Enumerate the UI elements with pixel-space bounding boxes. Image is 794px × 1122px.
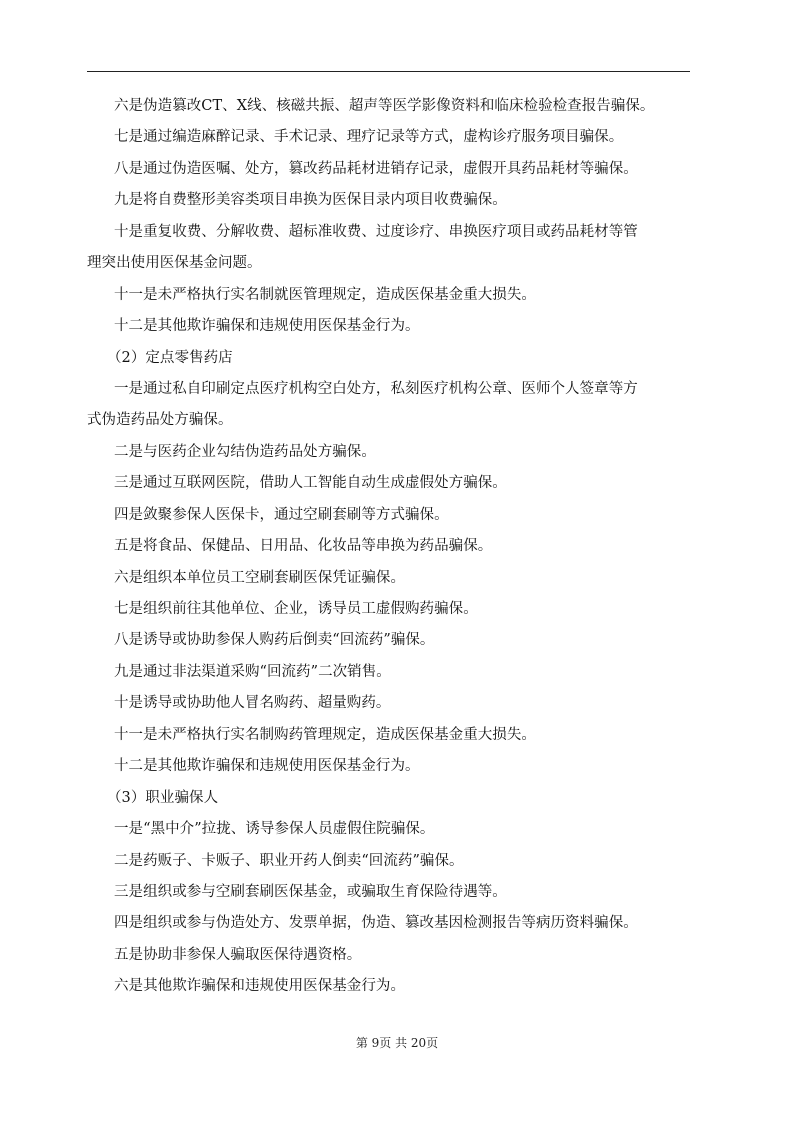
paragraph-line: 三是通过互联网医院，借助人工智能自动生成虚假处方骗保。 <box>87 468 692 499</box>
paragraph-line: 九是将自费整形美容类项目串换为医保目录内项目收费骗保。 <box>87 185 692 216</box>
paragraph-line: 十一是未严格执行实名制购药管理规定，造成医保基金重大损失。 <box>87 720 692 751</box>
paragraph-line: 四是敛聚参保人医保卡，通过空刷套刷等方式骗保。 <box>87 500 692 531</box>
paragraph-line: 六是伪造篡改CT、X线、核磁共振、超声等医学影像资料和临床检验检查报告骗保。 <box>87 91 692 122</box>
header-rule <box>87 71 690 72</box>
paragraph-line: 八是通过伪造医嘱、处方，篡改药品耗材进销存记录，虚假开具药品耗材等骗保。 <box>87 154 692 185</box>
paragraph-line: 三是组织或参与空刷套刷医保基金，或骗取生育保险待遇等。 <box>87 877 692 908</box>
paragraph-line: 一是通过私自印刷定点医疗机构空白处方，私刻医疗机构公章、医师个人签章等方 <box>87 374 692 405</box>
section-subheading: （2）定点零售药店 <box>87 343 692 374</box>
paragraph-line: 十二是其他欺诈骗保和违规使用医保基金行为。 <box>87 311 692 342</box>
document-body: 六是伪造篡改CT、X线、核磁共振、超声等医学影像资料和临床检验检查报告骗保。 七… <box>87 91 692 1003</box>
paragraph-line: 五是协助非参保人骗取医保待遇资格。 <box>87 940 692 971</box>
paragraph-line: 十一是未严格执行实名制就医管理规定，造成医保基金重大损失。 <box>87 280 692 311</box>
paragraph-line: 七是通过编造麻醉记录、手术记录、理疗记录等方式，虚构诊疗服务项目骗保。 <box>87 122 692 153</box>
section-subheading: （3）职业骗保人 <box>87 783 692 814</box>
paragraph-line: 十二是其他欺诈骗保和违规使用医保基金行为。 <box>87 751 692 782</box>
paragraph-line: 二是药贩子、卡贩子、职业开药人倒卖“回流药”骗保。 <box>87 846 692 877</box>
paragraph-line: 六是其他欺诈骗保和违规使用医保基金行为。 <box>87 971 692 1002</box>
paragraph-line: 七是组织前往其他单位、企业，诱导员工虚假购药骗保。 <box>87 594 692 625</box>
paragraph-line: 八是诱导或协助参保人购药后倒卖“回流药”骗保。 <box>87 625 692 656</box>
paragraph-line: 十是重复收费、分解收费、超标准收费、过度诊疗、串换医疗项目或药品耗材等管 <box>87 217 692 248</box>
paragraph-line: 十是诱导或协助他人冒名购药、超量购药。 <box>87 688 692 719</box>
paragraph-line: 九是通过非法渠道采购“回流药”二次销售。 <box>87 657 692 688</box>
paragraph-continuation-line: 式伪造药品处方骗保。 <box>87 405 692 436</box>
paragraph-continuation-line: 理突出使用医保基金问题。 <box>87 248 692 279</box>
paragraph-line: 五是将食品、保健品、日用品、化妆品等串换为药品骗保。 <box>87 531 692 562</box>
paragraph-line: 四是组织或参与伪造处方、发票单据，伪造、篡改基因检测报告等病历资料骗保。 <box>87 908 692 939</box>
paragraph-line: 六是组织本单位员工空刷套刷医保凭证骗保。 <box>87 563 692 594</box>
paragraph-line: 二是与医药企业勾结伪造药品处方骗保。 <box>87 437 692 468</box>
paragraph-line: 一是“黑中介”拉拢、诱导参保人员虚假住院骗保。 <box>87 814 692 845</box>
page-number-footer: 第 9页 共 20页 <box>0 1034 794 1051</box>
